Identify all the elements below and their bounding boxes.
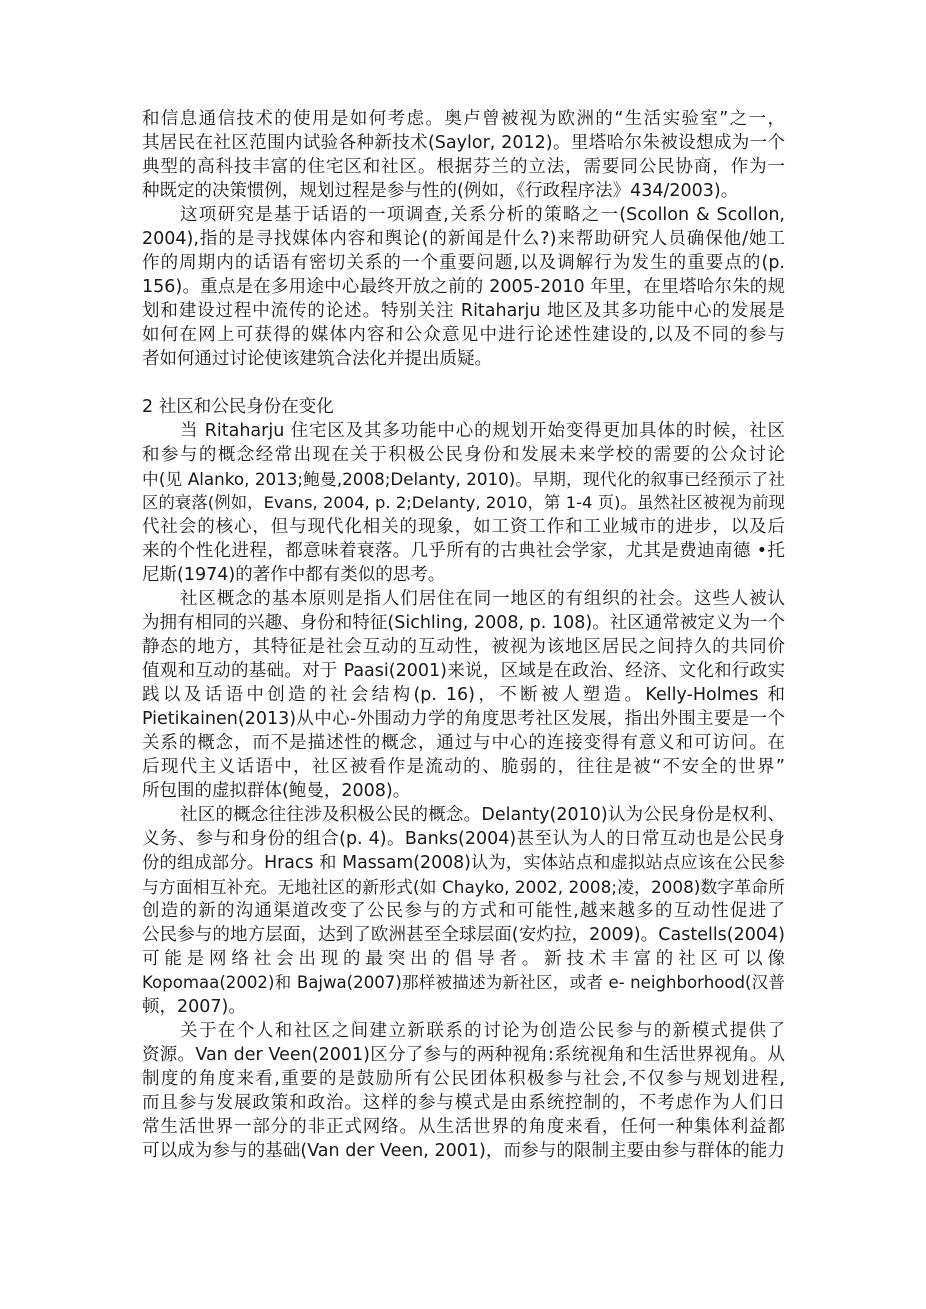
text-line: 份的组成部分。Hracs 和 Massam(2008)认为，实体站点和虚拟站点应… xyxy=(142,851,785,875)
text-line: 后现代主义话语中，社区被看作是流动的、脆弱的，往往是被“不安全的世界” xyxy=(142,755,785,779)
text-line: 关于在个人和社区之间建立新联系的讨论为创造公民参与的新模式提供了 xyxy=(142,1019,785,1043)
text-line: 义务、参与和身份的组合(p. 4)。Banks(2004)甚至认为人的日常互动也… xyxy=(142,827,785,851)
text-line: 来的个性化进程，都意味着衰落。几乎所有的古典社会学家，尤其是费迪南德 •托 xyxy=(142,539,785,563)
section-heading: 2 社区和公民身份在变化 xyxy=(142,395,785,419)
document-page: 和信息通信技术的使用是如何考虑。奥卢曾被视为欧洲的“生活实验室”之一， 其居民在… xyxy=(142,107,785,1163)
text-line: Kopomaa(2002)和 Bajwa(2007)那样被描述为新社区，或者 e… xyxy=(142,971,785,995)
text-line: 静态的地方，其特征是社会互动的互动性，被视为该地区居民之间持久的共同价 xyxy=(142,635,785,659)
text-line: 其居民在社区范围内试验各种新技术(Saylor, 2012)。里塔哈尔朱被设想成… xyxy=(142,131,785,155)
text-line: 和参与的概念经常出现在关于积极公民身份和发展未来学校的需要的公众讨论 xyxy=(142,443,785,467)
text-line: 值观和互动的基础。对于 Paasi(2001)来说，区域是在政治、经济、文化和行… xyxy=(142,659,785,683)
text-line: 中(见 Alanko, 2013;鲍曼,2008;Delanty, 2010)。… xyxy=(142,467,785,491)
text-line: 尼斯(1974)的著作中都有类似的思考。 xyxy=(142,563,785,587)
text-line: 践以及话语中创造的社会结构(p. 16)，不断被人塑造。Kelly-Holmes… xyxy=(142,683,785,707)
text-line: 与方面相互补充。无地社区的新形式(如 Chayko, 2002, 2008;凌，… xyxy=(142,875,785,899)
text-line: 区的衰落(例如，Evans, 2004, p. 2;Delanty, 2010，… xyxy=(142,491,785,515)
text-line: 所包围的虚拟群体(鲍曼，2008)。 xyxy=(142,779,785,803)
text-line: 这项研究是基于话语的一项调查,关系分析的策略之一(Scollon & Scoll… xyxy=(142,203,785,227)
text-line: 当 Ritaharju 住宅区及其多功能中心的规划开始变得更加具体的时候，社区 xyxy=(142,419,785,443)
text-line: 可能是网络社会出现的最突出的倡导者。新技术丰富的社区可以像 xyxy=(142,947,785,971)
text-line: 和信息通信技术的使用是如何考虑。奥卢曾被视为欧洲的“生活实验室”之一， xyxy=(142,107,785,131)
blank-line xyxy=(142,371,785,395)
text-line: 可以成为参与的基础(Van der Veen, 2001)，而参与的限制主要由参… xyxy=(142,1139,785,1163)
text-line: 者如何通过讨论使该建筑合法化并提出质疑。 xyxy=(142,347,785,371)
text-line: 而且参与发展政策和政治。这样的参与模式是由系统控制的，不考虑作为人们日 xyxy=(142,1091,785,1115)
paragraph-community-concept-history: 当 Ritaharju 住宅区及其多功能中心的规划开始变得更加具体的时候，社区 … xyxy=(142,419,785,587)
text-line: 顿，2007)。 xyxy=(142,995,785,1019)
text-line: 社区概念的基本原则是指人们居住在同一地区的有组织的社会。这些人被认 xyxy=(142,587,785,611)
paragraph-participation-perspectives: 关于在个人和社区之间建立新联系的讨论为创造公民参与的新模式提供了 资源。Van … xyxy=(142,1019,785,1163)
paragraph-intro-continuation: 和信息通信技术的使用是如何考虑。奥卢曾被视为欧洲的“生活实验室”之一， 其居民在… xyxy=(142,107,785,203)
text-line: 代社会的核心，但与现代化相关的现象，如工资工作和工业城市的进步，以及后 xyxy=(142,515,785,539)
text-line: 常生活世界一部分的非正式网络。从生活世界的角度来看，任何一种集体利益都 xyxy=(142,1115,785,1139)
text-line: 创造的新的沟通渠道改变了公民参与的方式和可能性,越来越多的互动性促进了 xyxy=(142,899,785,923)
paragraph-active-citizenship: 社区的概念往往涉及积极公民的概念。Delanty(2010)认为公民身份是权利、… xyxy=(142,803,785,1019)
text-line: 制度的角度来看,重要的是鼓励所有公民团体积极参与社会,不仅参与规划进程, xyxy=(142,1067,785,1091)
text-line: 如何在网上可获得的媒体内容和公众意见中进行论述性建设的,以及不同的参与 xyxy=(142,323,785,347)
text-line: Pietikainen(2013)从中心-外围动力学的角度思考社区发展，指出外围… xyxy=(142,707,785,731)
text-line: 典型的高科技丰富的住宅区和社区。根据芬兰的立法，需要同公民协商，作为一 xyxy=(142,155,785,179)
text-line: 156)。重点是在多用途中心最终开放之前的 2005-2010 年里，在里塔哈尔… xyxy=(142,275,785,299)
text-line: 2004),指的是寻找媒体内容和舆论(的新闻是什么?)来帮助研究人员确保他/她工 xyxy=(142,227,785,251)
text-line: 种既定的决策惯例，规划过程是参与性的(例如，《行政程序法》434/2003)。 xyxy=(142,179,785,203)
text-line: 资源。Van der Veen(2001)区分了参与的两种视角:系统视角和生活世… xyxy=(142,1043,785,1067)
paragraph-community-principles: 社区概念的基本原则是指人们居住在同一地区的有组织的社会。这些人被认 为拥有相同的… xyxy=(142,587,785,803)
text-line: 公民参与的地方层面，达到了欧洲甚至全球层面(安灼拉，2009)。Castells… xyxy=(142,923,785,947)
text-line: 划和建设过程中流传的论述。特别关注 Ritaharju 地区及其多功能中心的发展… xyxy=(142,299,785,323)
text-line: 关系的概念，而不是描述性的概念，通过与中心的连接变得有意义和可访问。在 xyxy=(142,731,785,755)
text-line: 为拥有相同的兴趣、身份和特征(Sichling, 2008, p. 108)。社… xyxy=(142,611,785,635)
paragraph-research-method: 这项研究是基于话语的一项调查,关系分析的策略之一(Scollon & Scoll… xyxy=(142,203,785,371)
text-line: 作的周期内的话语有密切关系的一个重要问题,以及调解行为发生的重要点的(p. xyxy=(142,251,785,275)
text-line: 社区的概念往往涉及积极公民的概念。Delanty(2010)认为公民身份是权利、 xyxy=(142,803,785,827)
